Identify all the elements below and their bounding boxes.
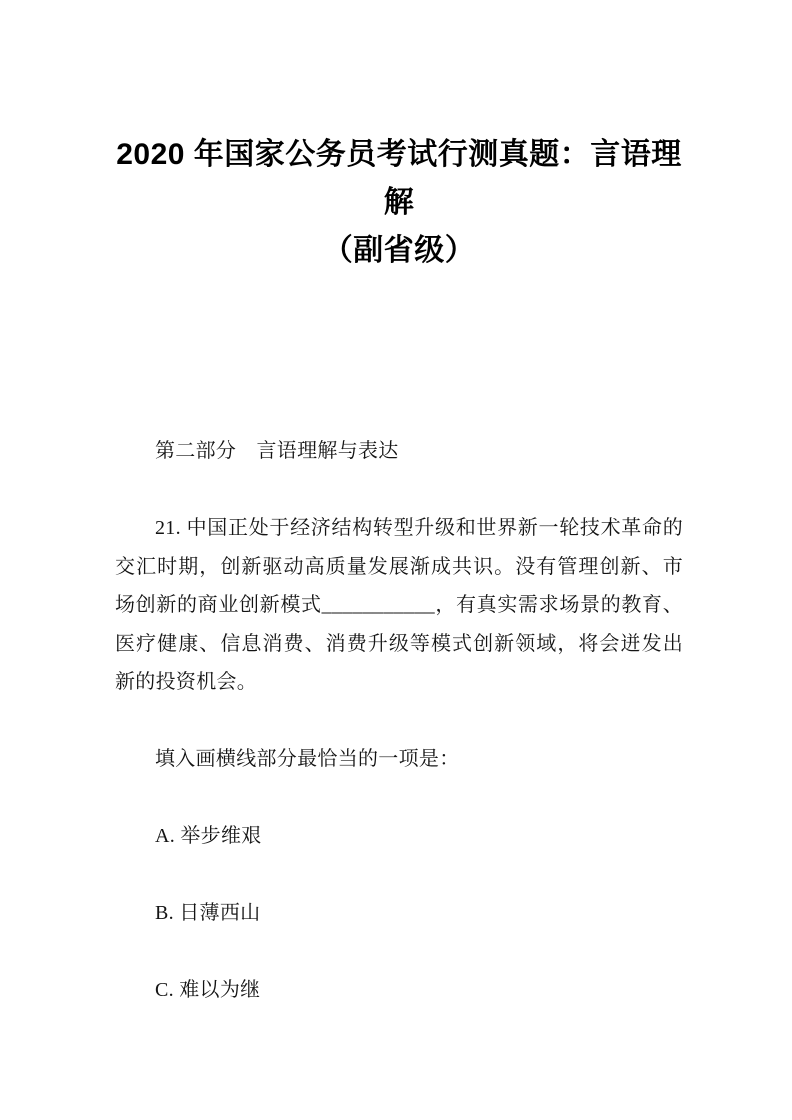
document-content: 2020 年国家公务员考试行测真题：言语理解 （副省级） 第二部分 言语理解与表…	[0, 0, 792, 1010]
question-prompt: 填入画横线部分最恰当的一项是：	[115, 740, 683, 779]
question-text: 21. 中国正处于经济结构转型升级和世界新一轮技术革命的交汇时期，创新驱动高质量…	[115, 509, 683, 702]
option-b: B. 日薄西山	[115, 894, 683, 933]
document-title: 2020 年国家公务员考试行测真题：言语理解 （副省级）	[115, 131, 683, 275]
section-heading: 第二部分 言语理解与表达	[115, 432, 683, 471]
document-title-line1: 2020 年国家公务员考试行测真题：言语理解	[115, 131, 683, 227]
option-a: A. 举步维艰	[115, 817, 683, 856]
document-title-line2: （副省级）	[115, 227, 683, 275]
document-page: 2020 年国家公务员考试行测真题：言语理解 （副省级） 第二部分 言语理解与表…	[0, 0, 792, 1120]
option-c: C. 难以为继	[115, 971, 683, 1010]
